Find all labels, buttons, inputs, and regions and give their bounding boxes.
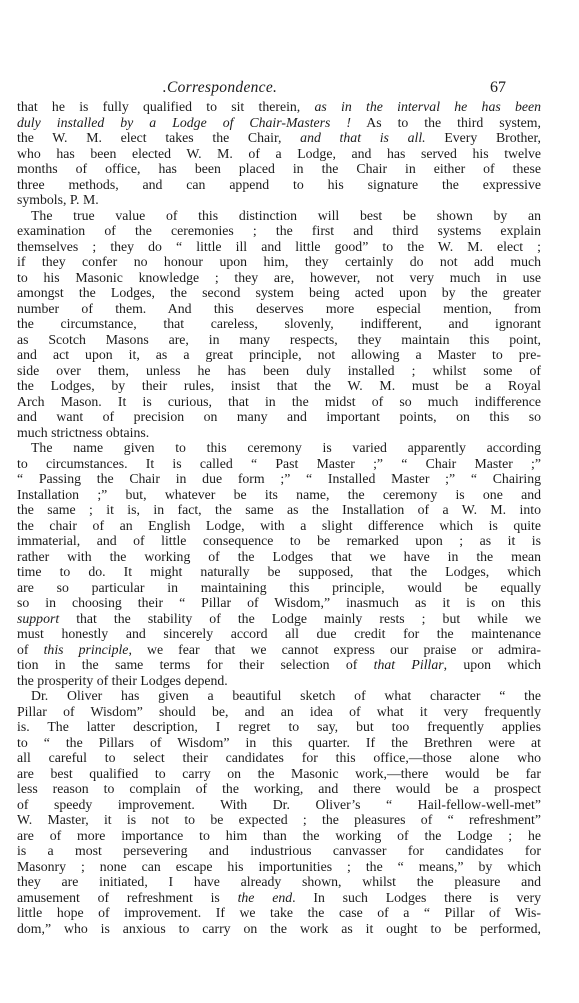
text-segment: the same ; it is, in fact, the same as t… xyxy=(17,502,541,517)
text-segment: are best qualified to carry on the Mason… xyxy=(17,766,541,781)
paragraph: The name given to this ceremony is varie… xyxy=(17,440,541,688)
text-line: all careful to select their candidates f… xyxy=(17,750,541,766)
text-line: side over them, unless he has been duly … xyxy=(17,363,541,379)
text-segment: dom,” who is anxious to carry on the wor… xyxy=(17,921,541,936)
text-line: is a most persevering and industrious ca… xyxy=(17,843,541,859)
text-segment: months of office, has been placed in the… xyxy=(17,161,541,176)
text-line: time to do. It might naturally be suppos… xyxy=(17,564,541,580)
text-line: to circumstances. It is called “ Past Ma… xyxy=(17,456,541,472)
page-title: .Correspondence. xyxy=(17,79,423,97)
text-segment: symbols, P. M. xyxy=(17,192,99,207)
text-segment: three methods, and can append to his sig… xyxy=(17,177,541,192)
text-segment: the Lodges, by their rules, insist that … xyxy=(17,378,541,393)
text-line: the same ; it is, in fact, the same as t… xyxy=(17,502,541,518)
text-line: that he is fully qualified to sit therei… xyxy=(17,99,541,115)
text-line: amusement of refreshment is the end. In … xyxy=(17,890,541,906)
text-line: are best qualified to carry on the Mason… xyxy=(17,766,541,782)
text-segment: Dr. Oliver has given a beautiful sketch … xyxy=(31,688,541,703)
text-segment: and act upon it, as a great principle, n… xyxy=(17,347,541,362)
text-line: the chair of an English Lodge, with a sl… xyxy=(17,518,541,534)
paragraph: Dr. Oliver has given a beautiful sketch … xyxy=(17,688,541,936)
text-segment: . In such Lodges there is very xyxy=(292,890,541,905)
text-line: Installation ;” but, whatever be its nam… xyxy=(17,487,541,503)
text-segment: themselves ; they do “ little ill and li… xyxy=(17,239,541,254)
text-line: so in choosing their “ Pillar of Wisdom,… xyxy=(17,595,541,611)
text-segment: rather with the working of the Lodges th… xyxy=(17,549,541,564)
text-segment: is a most persevering and industrious ca… xyxy=(17,843,541,858)
text-line: months of office, has been placed in the… xyxy=(17,161,541,177)
text-segment: they are initiated, I have already shown… xyxy=(17,874,541,889)
text-line: and want of precision on many and import… xyxy=(17,409,541,425)
text-segment: is. The latter description, I regret to … xyxy=(17,719,541,734)
running-head: .Correspondence. 67 xyxy=(17,79,541,97)
text-segment: amusement of refreshment is xyxy=(17,890,238,905)
text-segment: W. Master, it is not to be expected ; th… xyxy=(17,812,541,827)
text-line: the prosperity of their Lodges depend. xyxy=(17,673,541,689)
text-line: duly installed by a Lodge of Chair-Maste… xyxy=(17,115,541,131)
text-line: The true value of this distinction will … xyxy=(17,208,541,224)
text-segment: are so particular in maintaining this pr… xyxy=(17,580,541,595)
text-segment: and want of precision on many and import… xyxy=(17,409,541,424)
text-segment: much strictness obtains. xyxy=(17,425,149,440)
text-segment: of speedy improvement. With Dr. Oliver’s… xyxy=(17,797,541,812)
text-line: themselves ; they do “ little ill and li… xyxy=(17,239,541,255)
text-segment: less reason to complain of the working, … xyxy=(17,781,541,796)
italic-text-segment: duly installed by a Lodge of Chair-Maste… xyxy=(17,115,351,130)
text-line: The name given to this ceremony is varie… xyxy=(17,440,541,456)
text-segment: all careful to select their candidates f… xyxy=(17,750,541,765)
text-segment: examination of the ceremonies ; the firs… xyxy=(17,223,541,238)
text-segment: if they confer no honour upon him, they … xyxy=(17,254,541,269)
text-line: Arch Mason. It is curious, that in the m… xyxy=(17,394,541,410)
text-segment: are of more importance to him than the w… xyxy=(17,828,541,843)
text-segment: the circumstance, that careless, slovenl… xyxy=(17,316,541,331)
text-line: are so particular in maintaining this pr… xyxy=(17,580,541,596)
text-line: they are initiated, I have already shown… xyxy=(17,874,541,890)
text-segment: Every Brother, xyxy=(426,130,541,145)
text-line: who has been elected W. M. of a Lodge, a… xyxy=(17,146,541,162)
text-segment: As to the third system, xyxy=(351,115,541,130)
text-line: of this principle, we fear that we canno… xyxy=(17,642,541,658)
text-line: the circumstance, that careless, slovenl… xyxy=(17,316,541,332)
text-line: three methods, and can append to his sig… xyxy=(17,177,541,193)
text-line: W. Master, it is not to be expected ; th… xyxy=(17,812,541,828)
text-segment: immaterial, and of little consequence to… xyxy=(17,533,541,548)
text-line: as Scotch Masons are, in many respects, … xyxy=(17,332,541,348)
text-line: support that the stability of the Lodge … xyxy=(17,611,541,627)
text-segment: , upon which xyxy=(444,657,541,672)
text-segment: amongst the Lodges, the second system be… xyxy=(17,285,541,300)
text-segment: number of them. And this deserves more e… xyxy=(17,301,541,316)
text-line: the Lodges, by their rules, insist that … xyxy=(17,378,541,394)
text-line: and act upon it, as a great principle, n… xyxy=(17,347,541,363)
text-segment: The name given to this ceremony is varie… xyxy=(31,440,541,455)
text-line: the W. M. elect takes the Chair, and tha… xyxy=(17,130,541,146)
text-segment: little hope of improvement. If we take t… xyxy=(17,905,541,920)
page-number: 67 xyxy=(490,79,506,97)
text-segment: , we fear that we cannot express our pra… xyxy=(128,642,541,657)
text-segment: tion in the same terms for their selecti… xyxy=(17,657,374,672)
text-line: Masonry ; none can escape his importunit… xyxy=(17,859,541,875)
text-line: examination of the ceremonies ; the firs… xyxy=(17,223,541,239)
text-line: dom,” who is anxious to carry on the wor… xyxy=(17,921,541,937)
text-line: to his Masonic knowledge ; they are, how… xyxy=(17,270,541,286)
text-segment: so in choosing their “ Pillar of Wisdom,… xyxy=(17,595,541,610)
text-segment: that the stability of the Lodge mainly r… xyxy=(59,611,541,626)
text-line: is. The latter description, I regret to … xyxy=(17,719,541,735)
text-line: number of them. And this deserves more e… xyxy=(17,301,541,317)
text-segment: to his Masonic knowledge ; they are, how… xyxy=(17,270,541,285)
text-line: tion in the same terms for their selecti… xyxy=(17,657,541,673)
text-segment: Masonry ; none can escape his importunit… xyxy=(17,859,541,874)
text-line: Pillar of Wisdom” should be, and an idea… xyxy=(17,704,541,720)
text-line: less reason to complain of the working, … xyxy=(17,781,541,797)
text-segment: side over them, unless he has been duly … xyxy=(17,363,541,378)
text-line: are of more importance to him than the w… xyxy=(17,828,541,844)
text-segment: as Scotch Masons are, in many respects, … xyxy=(17,332,541,347)
text-segment: to circumstances. It is called “ Past Ma… xyxy=(17,456,541,471)
text-segment: time to do. It might naturally be suppos… xyxy=(17,564,541,579)
italic-text-segment: and that is all. xyxy=(300,130,425,145)
text-line: immaterial, and of little consequence to… xyxy=(17,533,541,549)
text-block: that he is fully qualified to sit therei… xyxy=(17,99,541,936)
text-segment: that he is fully qualified to sit therei… xyxy=(17,99,315,114)
text-segment: “ Passing the Chair in due form ;” “ Ins… xyxy=(17,471,541,486)
text-line: amongst the Lodges, the second system be… xyxy=(17,285,541,301)
text-segment: the prosperity of their Lodges depend. xyxy=(17,673,228,688)
paragraph: that he is fully qualified to sit therei… xyxy=(17,99,541,208)
text-line: rather with the working of the Lodges th… xyxy=(17,549,541,565)
italic-text-segment: as in the interval he has been xyxy=(315,99,541,114)
text-segment: The true value of this distinction will … xyxy=(31,208,541,223)
text-line: much strictness obtains. xyxy=(17,425,541,441)
text-line: must honestly and sincerely accord all d… xyxy=(17,626,541,642)
text-segment: to “ the Pillars of Wisdom” in this quar… xyxy=(17,735,541,750)
text-segment: Arch Mason. It is curious, that in the m… xyxy=(17,394,541,409)
text-line: to “ the Pillars of Wisdom” in this quar… xyxy=(17,735,541,751)
text-line: “ Passing the Chair in due form ;” “ Ins… xyxy=(17,471,541,487)
text-segment: must honestly and sincerely accord all d… xyxy=(17,626,541,641)
text-segment: the chair of an English Lodge, with a sl… xyxy=(17,518,541,533)
italic-text-segment: this principle xyxy=(44,642,129,657)
text-segment: Pillar of Wisdom” should be, and an idea… xyxy=(17,704,541,719)
text-segment: of xyxy=(17,642,44,657)
italic-text-segment: support xyxy=(17,611,59,626)
text-line: if they confer no honour upon him, they … xyxy=(17,254,541,270)
paragraph: The true value of this distinction will … xyxy=(17,208,541,441)
text-segment: the W. M. elect takes the Chair, xyxy=(17,130,300,145)
text-line: of speedy improvement. With Dr. Oliver’s… xyxy=(17,797,541,813)
text-line: Dr. Oliver has given a beautiful sketch … xyxy=(17,688,541,704)
italic-text-segment: the end xyxy=(238,890,293,905)
text-line: little hope of improvement. If we take t… xyxy=(17,905,541,921)
text-line: symbols, P. M. xyxy=(17,192,541,208)
italic-text-segment: that Pillar xyxy=(374,657,444,672)
text-segment: who has been elected W. M. of a Lodge, a… xyxy=(17,146,541,161)
text-segment: Installation ;” but, whatever be its nam… xyxy=(17,487,541,502)
book-page: .Correspondence. 67 that he is fully qua… xyxy=(0,0,579,1003)
